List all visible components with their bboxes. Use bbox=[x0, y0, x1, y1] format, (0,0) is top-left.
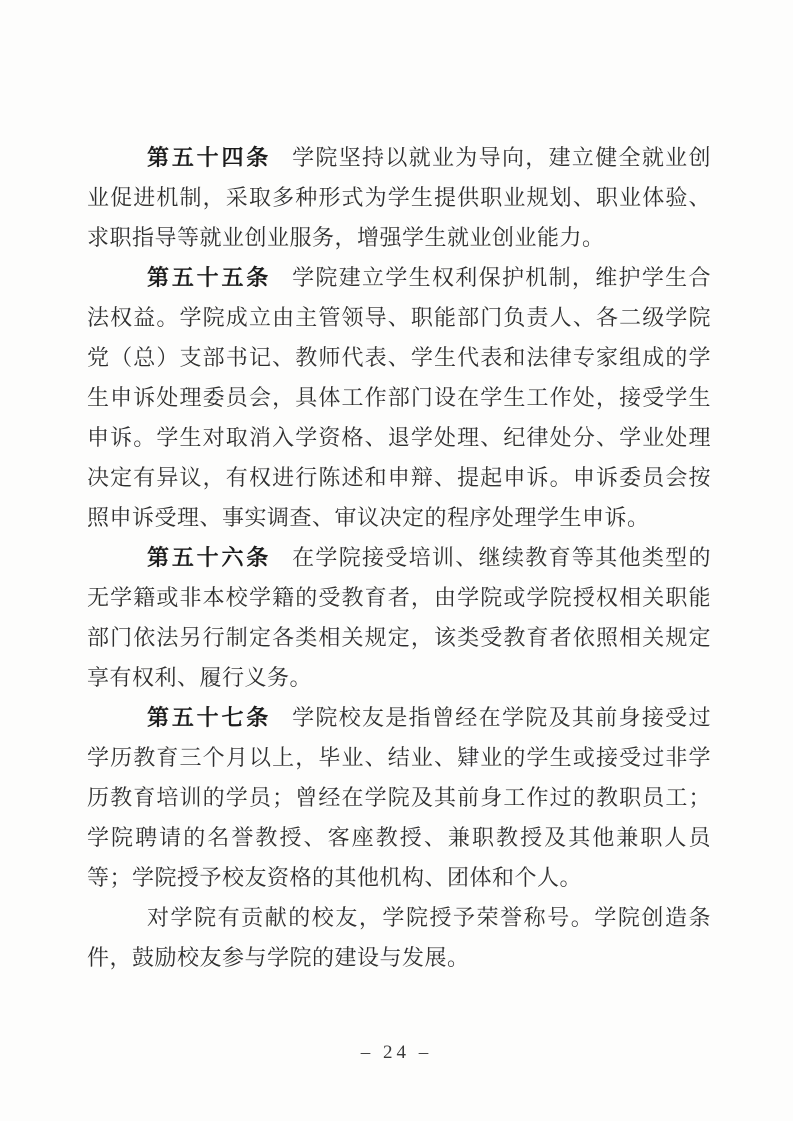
article-56-paragraph: 第五十六条在学院接受培训、继续教育等其他类型的无学籍或非本校学籍的受教育者，由学… bbox=[87, 538, 711, 698]
article-57-continuation-paragraph: 对学院有贡献的校友，学院授予荣誉称号。学院创造条件，鼓励校友参与学院的建设与发展… bbox=[87, 898, 711, 978]
article-57-number: 第五十七条 bbox=[147, 705, 271, 730]
document-body: 第五十四条学院坚持以就业为导向，建立健全就业创业促进机制，采取多种形式为学生提供… bbox=[87, 138, 711, 978]
article-55-paragraph: 第五十五条学院建立学生权利保护机制，维护学生合法权益。学院成立由主管领导、职能部… bbox=[87, 258, 711, 538]
article-54-number: 第五十四条 bbox=[147, 145, 271, 170]
article-56-number: 第五十六条 bbox=[147, 545, 271, 570]
page-number: – 24 – bbox=[0, 1042, 793, 1064]
document-page: 第五十四条学院坚持以就业为导向，建立健全就业创业促进机制，采取多种形式为学生提供… bbox=[0, 0, 793, 1121]
article-57-paragraph: 第五十七条学院校友是指曾经在学院及其前身接受过学历教育三个月以上，毕业、结业、肄… bbox=[87, 698, 711, 898]
article-57-text: 学院校友是指曾经在学院及其前身接受过学历教育三个月以上，毕业、结业、肄业的学生或… bbox=[87, 705, 711, 890]
article-57-continuation-text: 对学院有贡献的校友，学院授予荣誉称号。学院创造条件，鼓励校友参与学院的建设与发展… bbox=[87, 905, 711, 970]
article-54-paragraph: 第五十四条学院坚持以就业为导向，建立健全就业创业促进机制，采取多种形式为学生提供… bbox=[87, 138, 711, 258]
article-55-number: 第五十五条 bbox=[147, 265, 271, 290]
article-55-text: 学院建立学生权利保护机制，维护学生合法权益。学院成立由主管领导、职能部门负责人、… bbox=[87, 265, 711, 530]
